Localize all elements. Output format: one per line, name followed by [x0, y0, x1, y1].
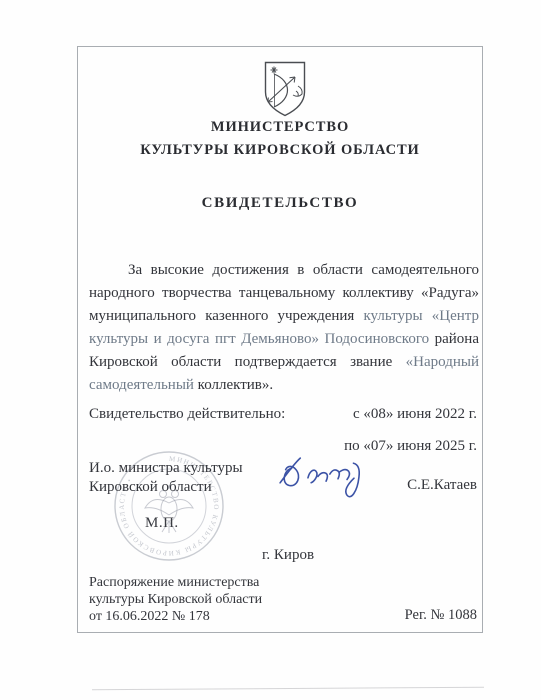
coat-of-arms-icon — [262, 60, 308, 118]
signature-autograph-icon — [275, 447, 389, 511]
certificate-title: СВИДЕТЕЛЬСТВО — [78, 195, 482, 212]
basis-order-block: Распоряжение министерства культуры Киров… — [89, 574, 262, 625]
signatory-position-line2: Кировской области — [89, 478, 243, 497]
certificate-frame: МИНИСТЕРСТВО КУЛЬТУРЫ КИРОВСКОЙ ОБЛАСТИ … — [77, 46, 483, 633]
registration-number: Рег. № 1088 — [405, 607, 477, 624]
basis-line1: Распоряжение министерства — [89, 574, 262, 591]
basis-line3: от 16.06.2022 № 178 — [89, 608, 262, 625]
validity-label: Свидетельство действительно: — [89, 406, 285, 423]
city-label: г. Киров — [78, 547, 482, 564]
signatory-name: С.Е.Катаев — [407, 477, 477, 494]
validity-from-date: с «08» июня 2022 г. — [353, 406, 477, 423]
signatory-position: И.о. министра культуры Кировской области — [89, 459, 243, 497]
body-segment: коллектив». — [198, 377, 273, 393]
document-sheet: МИНИСТЕРСТВО КУЛЬТУРЫ КИРОВСКОЙ ОБЛАСТИ … — [0, 0, 541, 700]
ministry-name-line2: КУЛЬТУРЫ КИРОВСКОЙ ОБЛАСТИ — [78, 142, 482, 159]
basis-line2: культуры Кировской области — [89, 591, 262, 608]
paper-edge-line — [92, 687, 484, 690]
certificate-body-text: За высокие достижения в области самодеят… — [89, 259, 479, 397]
seal-placeholder-label: М.П. — [145, 515, 179, 532]
ministry-name-line1: МИНИСТЕРСТВО — [78, 119, 482, 136]
signatory-position-line1: И.о. министра культуры — [89, 459, 243, 478]
